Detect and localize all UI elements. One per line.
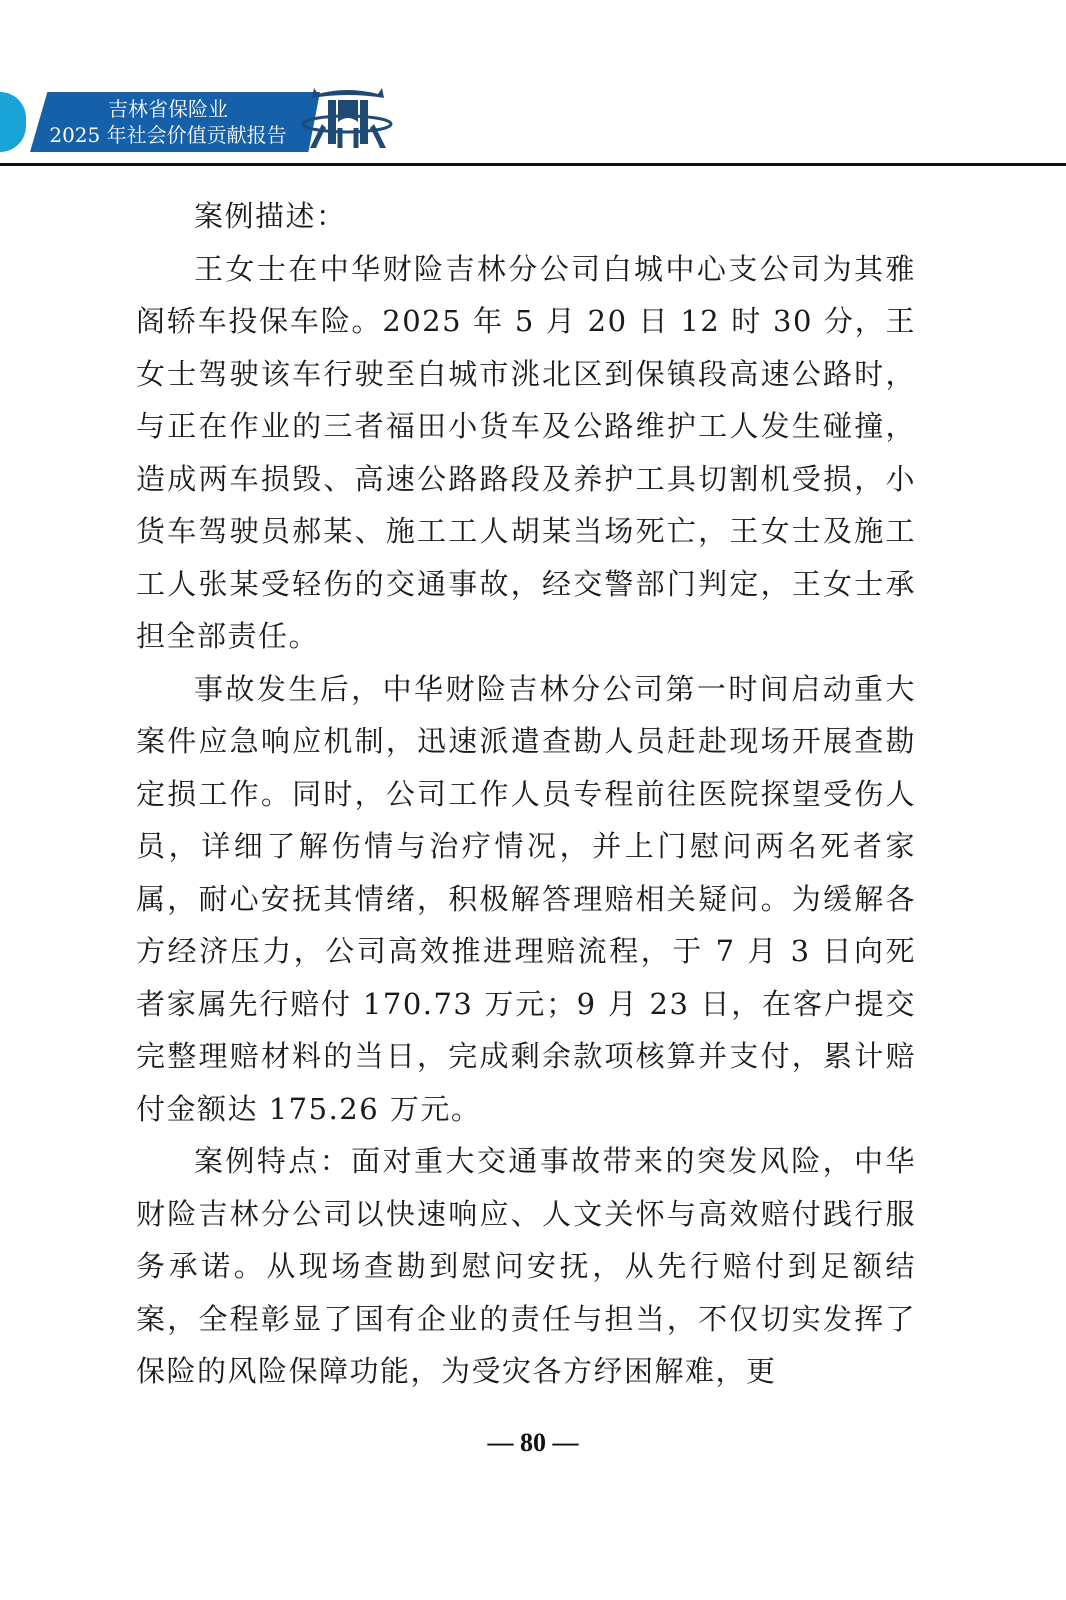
- header-divider: [0, 163, 1066, 166]
- page-number: — 80 —: [0, 1428, 1066, 1458]
- paragraph-case-features: 案例特点：面对重大交通事故带来的突发风险，中华财险吉林分公司以快速响应、人文关怀…: [136, 1135, 916, 1398]
- paragraph-case-details: 王女士在中华财险吉林分公司白城中心支公司为其雅阁轿车投保车险。2025 年 5 …: [136, 243, 916, 663]
- report-title: 吉林省保险业 2025 年社会价值贡献报告: [38, 96, 298, 148]
- section-heading-case-description: 案例描述：: [136, 190, 916, 243]
- report-header: 吉林省保险业 2025 年社会价值贡献报告: [0, 92, 400, 152]
- paragraph-claims-handling: 事故发生后，中华财险吉林分公司第一时间启动重大案件应急响应机制，迅速派遣查勘人员…: [136, 663, 916, 1136]
- report-title-line2: 2025 年社会价值贡献报告: [38, 122, 298, 148]
- pavilion-logo-icon: [300, 84, 395, 154]
- report-title-line1: 吉林省保险业: [38, 96, 298, 122]
- document-body: 案例描述： 王女士在中华财险吉林分公司白城中心支公司为其雅阁轿车投保车险。202…: [136, 190, 916, 1398]
